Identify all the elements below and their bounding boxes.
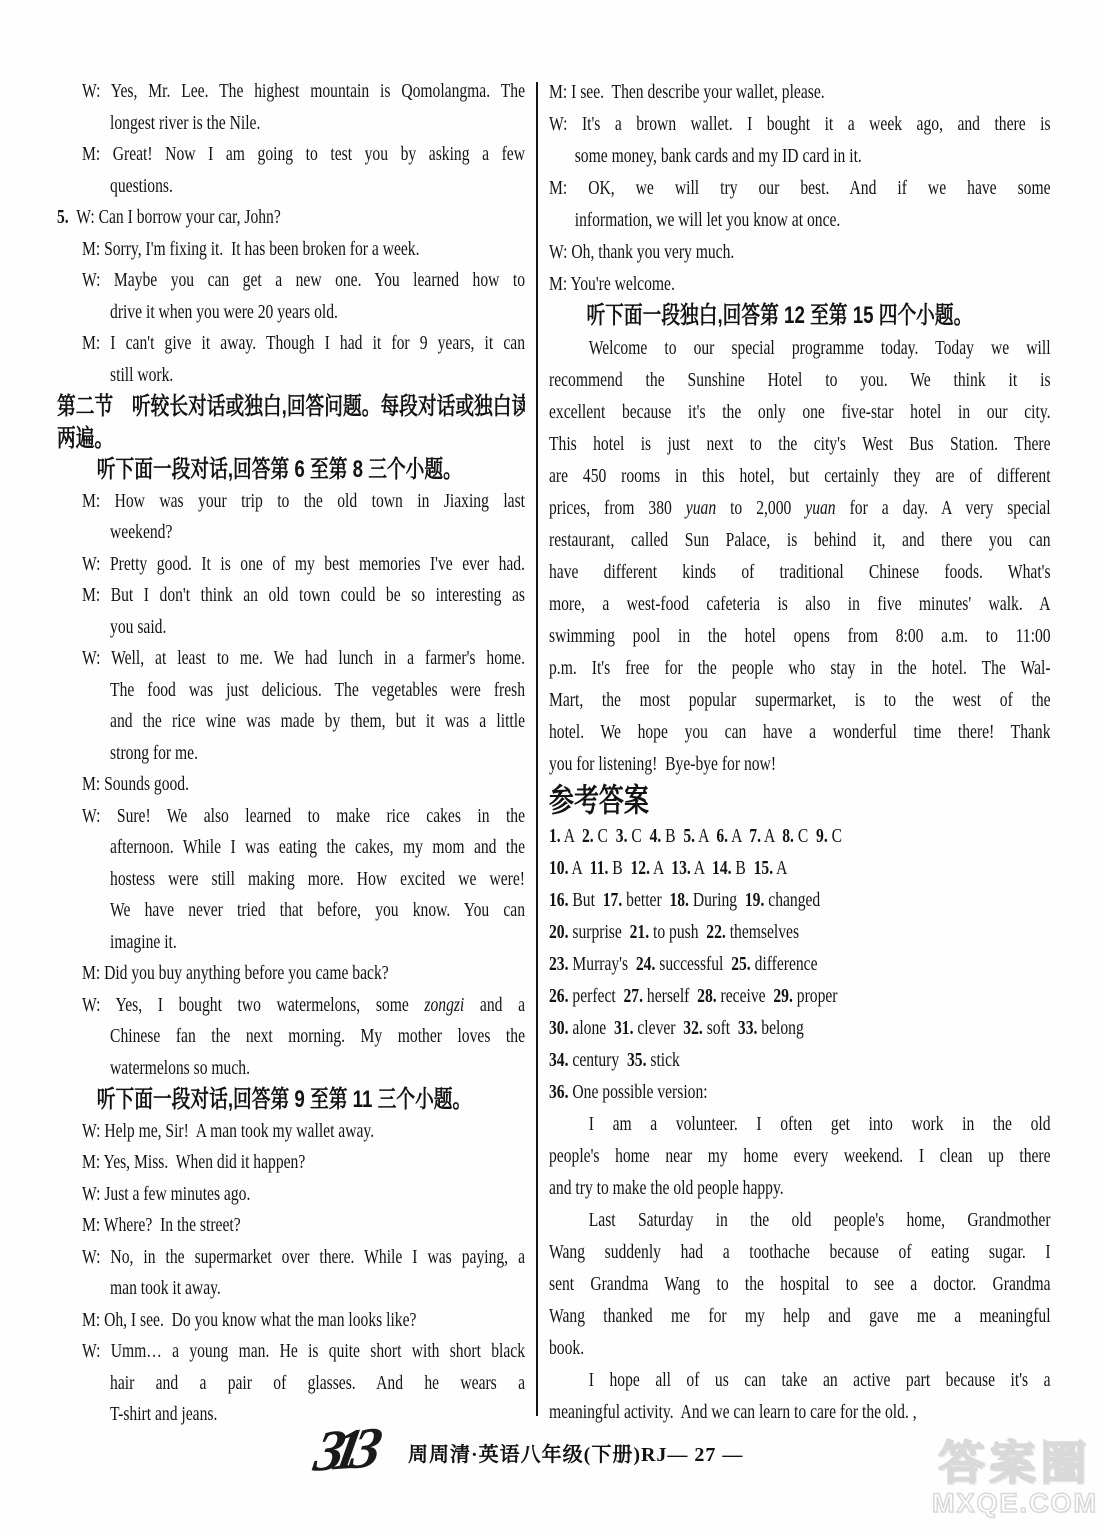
text-line: T-shirt and jeans. <box>57 1399 525 1431</box>
text-line: 10. A 11. B 12. A 13. A 14. B 15. A <box>549 852 1051 884</box>
text-line: and try to make the old people happy. <box>549 1172 1051 1204</box>
text-line: W: Pretty good. It is one of my best mem… <box>57 549 525 581</box>
text-line: 听下面一段对话,回答第 6 至第 8 三个小题。 <box>57 454 525 486</box>
text-line: man took it away. <box>57 1273 525 1305</box>
text-line: 5. W: Can I borrow your car, John? <box>57 202 525 234</box>
text-line: M: Did you buy anything before you came … <box>57 958 525 990</box>
text-line: Wang suddenly had a toothache because of… <box>549 1236 1051 1268</box>
page: W: Yes, Mr. Lee. The highest mountain is… <box>0 0 1106 1536</box>
watermark-site-text: MXQE.COM <box>932 1488 1098 1518</box>
text-line: Mart, the most popular supermarket, is t… <box>549 684 1051 716</box>
text-line: sent Grandma Wang to the hospital to see… <box>549 1268 1051 1300</box>
text-line: have different kinds of traditional Chin… <box>549 556 1051 588</box>
text-line: M: I can't give it away. Though I had it… <box>57 328 525 360</box>
text-line: people's home near my home every weekend… <box>549 1140 1051 1172</box>
text-line: I hope all of us can take an active part… <box>549 1364 1051 1396</box>
text-line: 30. alone 31. clever 32. soft 33. belong <box>549 1012 1051 1044</box>
text-line: more, a west-food cafeteria is also in f… <box>549 588 1051 620</box>
text-line: W: Yes, Mr. Lee. The highest mountain is… <box>57 76 525 108</box>
text-line: 听下面一段对话,回答第 9 至第 11 三个小题。 <box>57 1084 525 1116</box>
text-line: M: How was your trip to the old town in … <box>57 486 525 518</box>
text-line: W: Yes, I bought two watermelons, some z… <box>57 990 525 1022</box>
column-left: W: Yes, Mr. Lee. The highest mountain is… <box>57 76 525 1431</box>
text-line: M: I see. Then describe your wallet, ple… <box>549 76 1051 108</box>
text-line: you said. <box>57 612 525 644</box>
text-line: afternoon. While I was eating the cakes,… <box>57 832 525 864</box>
text-line: longest river is the Nile. <box>57 108 525 140</box>
text-line: 16. But 17. better 18. During 19. change… <box>549 884 1051 916</box>
text-line: M: Sorry, I'm fixing it. It has been bro… <box>57 234 525 266</box>
text-line: W: Help me, Sir! A man took my wallet aw… <box>57 1116 525 1148</box>
text-line: Welcome to our special programme today. … <box>549 332 1051 364</box>
text-line: W: Sure! We also learned to make rice ca… <box>57 801 525 833</box>
text-line: M: But I don't think an old town could b… <box>57 580 525 612</box>
text-line: hotel. We hope you can have a wonderful … <box>549 716 1051 748</box>
text-line: 听下面一段独白,回答第 12 至第 15 四个小题。 <box>549 300 1051 332</box>
column-right: M: I see. Then describe your wallet, ple… <box>549 76 1051 1428</box>
text-line: prices, from 380 yuan to 2,000 yuan for … <box>549 492 1051 524</box>
publisher-logo: 313 <box>309 1411 403 1486</box>
text-line: recommend the Sunshine Hotel to you. We … <box>549 364 1051 396</box>
text-line: information, we will let you know at onc… <box>549 204 1051 236</box>
text-line: book. <box>549 1332 1051 1364</box>
text-line: W: Oh, thank you very much. <box>549 236 1051 268</box>
text-line: W: Well, at least to me. We had lunch in… <box>57 643 525 675</box>
text-line: 第二节 听较长对话或独白,回答问题。每段对话或独白读 <box>57 391 525 423</box>
text-line: We have never tried that before, you kno… <box>57 895 525 927</box>
text-line: p.m. It's free for the people who stay i… <box>549 652 1051 684</box>
text-line: I am a volunteer. I often get into work … <box>549 1108 1051 1140</box>
column-divider <box>536 82 538 1416</box>
text-line: some money, bank cards and my ID card in… <box>549 140 1051 172</box>
text-line: still work. <box>57 360 525 392</box>
text-line: and the rice wine was made by them, but … <box>57 706 525 738</box>
text-line: W: It's a brown wallet. I bought it a we… <box>549 108 1051 140</box>
text-line: 参考答案 <box>549 780 1051 820</box>
text-line: 34. century 35. stick <box>549 1044 1051 1076</box>
text-line: W: No, in the supermarket over there. Wh… <box>57 1242 525 1274</box>
text-line: W: Maybe you can get a new one. You lear… <box>57 265 525 297</box>
text-line: M: Sounds good. <box>57 769 525 801</box>
text-line: meaningful activity. And we can learn to… <box>549 1396 1051 1428</box>
text-line: hair and a pair of glasses. And he wears… <box>57 1368 525 1400</box>
text-line: 26. perfect 27. herself 28. receive 29. … <box>549 980 1051 1012</box>
text-line: M: Where? In the street? <box>57 1210 525 1242</box>
text-line: imagine it. <box>57 927 525 959</box>
text-line: M: Yes, Miss. When did it happen? <box>57 1147 525 1179</box>
text-line: 23. Murray's 24. successful 25. differen… <box>549 948 1051 980</box>
text-line: 两遍。 <box>57 423 525 455</box>
text-line: M: Oh, I see. Do you know what the man l… <box>57 1305 525 1337</box>
watermark-answer-circle-text: 答案圈 <box>932 1438 1098 1488</box>
text-line: 20. surprise 21. to push 22. themselves <box>549 916 1051 948</box>
text-line: weekend? <box>57 517 525 549</box>
text-line: excellent because it's the only one five… <box>549 396 1051 428</box>
text-line: 1. A 2. C 3. C 4. B 5. A 6. A 7. A 8. C … <box>549 820 1051 852</box>
text-line: The food was just delicious. The vegetab… <box>57 675 525 707</box>
text-line: strong for me. <box>57 738 525 770</box>
text-line: W: Just a few minutes ago. <box>57 1179 525 1211</box>
text-line: This hotel is just next to the city's We… <box>549 428 1051 460</box>
text-line: restaurant, called Sun Palace, is behind… <box>549 524 1051 556</box>
watermark: 答案圈 MXQE.COM <box>932 1438 1098 1518</box>
text-line: are 450 rooms in this hotel, but certain… <box>549 460 1051 492</box>
text-line: Wang thanked me for my help and gave me … <box>549 1300 1051 1332</box>
text-line: 36. One possible version: <box>549 1076 1051 1108</box>
text-line: M: OK, we will try our best. And if we h… <box>549 172 1051 204</box>
text-line: hostess were still making more. How exci… <box>57 864 525 896</box>
text-line: swimming pool in the hotel opens from 8:… <box>549 620 1051 652</box>
text-line: watermelons so much. <box>57 1053 525 1085</box>
text-line: questions. <box>57 171 525 203</box>
text-line: Chinese fan the next morning. My mother … <box>57 1021 525 1053</box>
text-line: you for listening! Bye-bye for now! <box>549 748 1051 780</box>
text-line: W: Umm… a young man. He is quite short w… <box>57 1336 525 1368</box>
text-line: Last Saturday in the old people's home, … <box>549 1204 1051 1236</box>
text-line: drive it when you were 20 years old. <box>57 297 525 329</box>
footer-text: 周周清·英语八年级(下册)RJ— 27 — <box>408 1438 743 1467</box>
text-line: M: You're welcome. <box>549 268 1051 300</box>
text-line: M: Great! Now I am going to test you by … <box>57 139 525 171</box>
